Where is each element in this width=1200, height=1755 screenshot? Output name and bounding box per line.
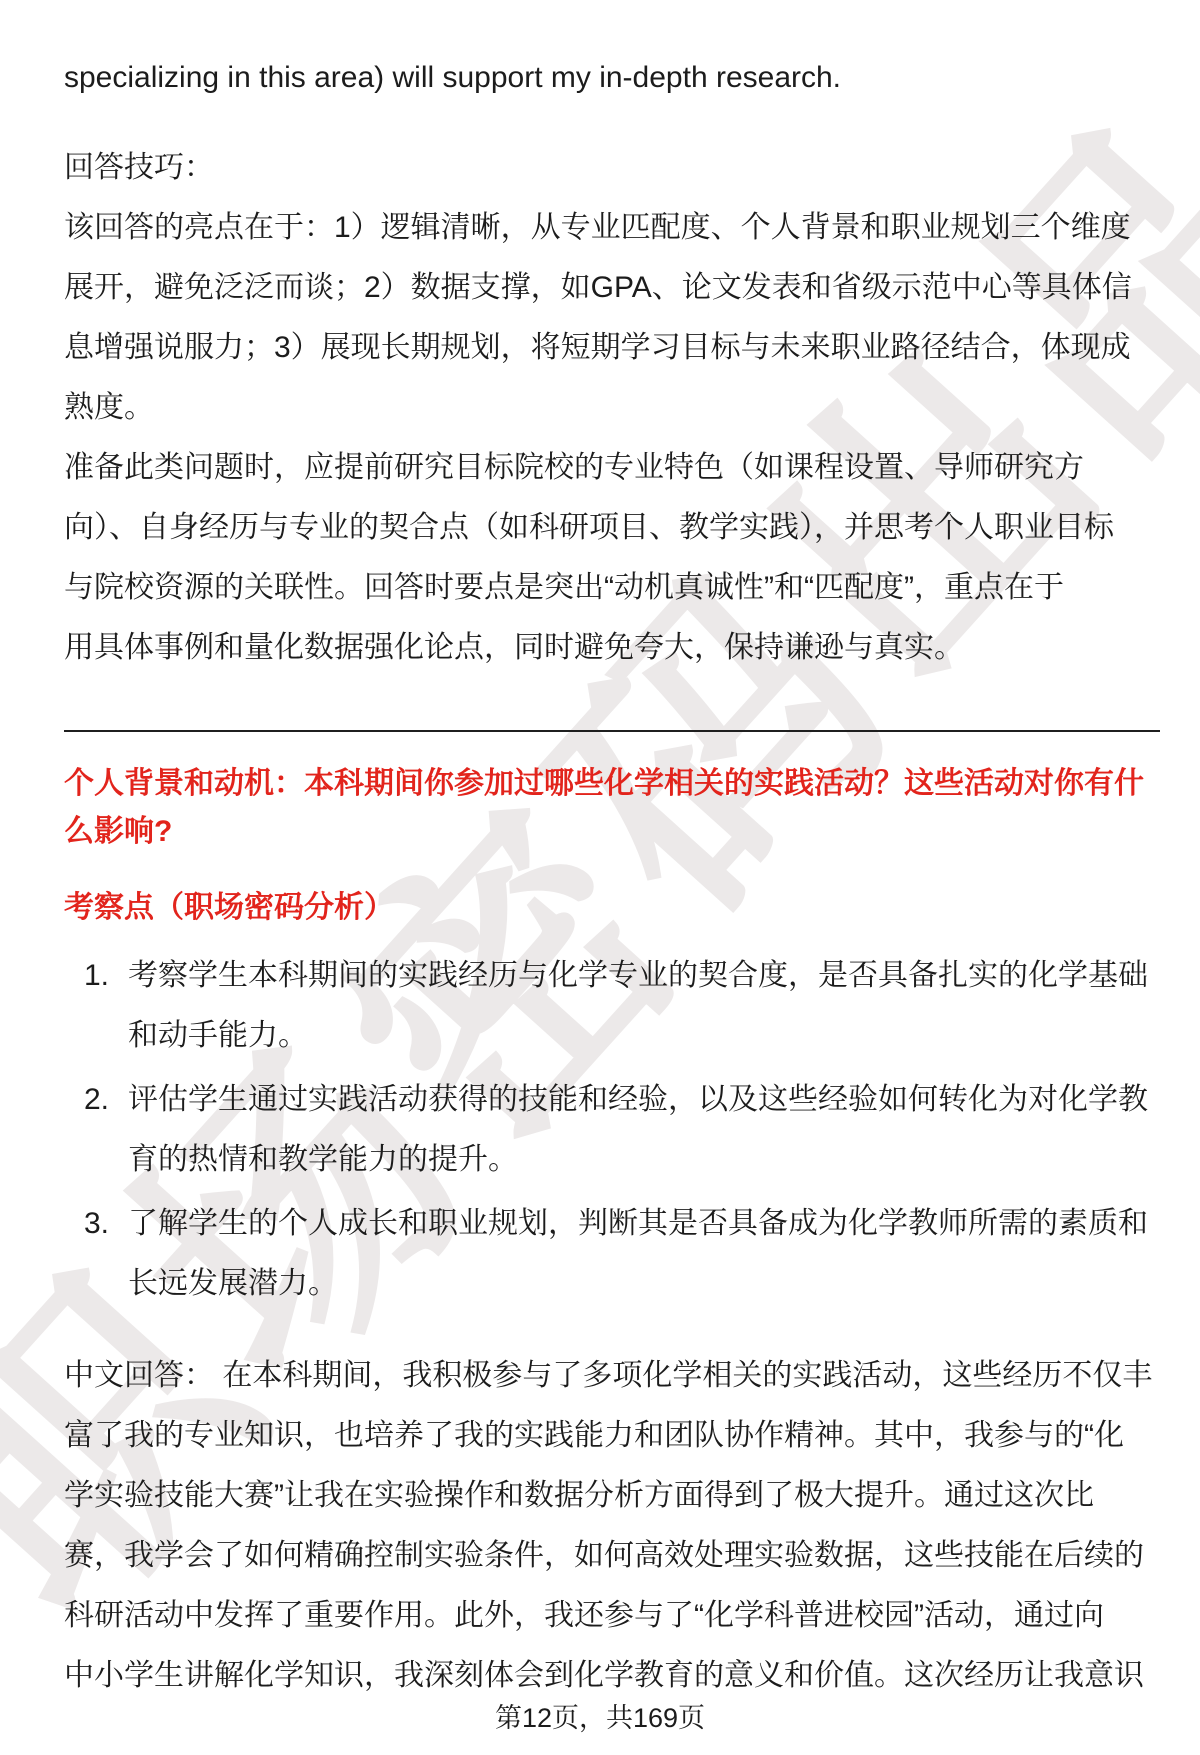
list-item-text: 考察学生本科期间的实践经历与化学专业的契合度，是否具备扎实的化学基础和动手能力。 <box>128 946 1160 1066</box>
text-line: 科研活动中发挥了重要作用。此外，我还参与了“化学科普进校园”活动，通过向 <box>64 1586 1160 1646</box>
answer-tips-paragraph-2: 准备此类问题时，应提前研究目标院校的专业特色（如课程设置、导师研究方向）、自身经… <box>64 438 1160 678</box>
text-line: 考察学生本科期间的实践经历与化学专业的契合度，是否具备扎实的化学基础 <box>128 946 1160 1006</box>
text-line: 个人背景和动机：本科期间你参加过哪些化学相关的实践活动？这些活动对你有什 <box>64 760 1160 808</box>
text-line: 和动手能力。 <box>128 1006 1160 1066</box>
text-line: 熟度。 <box>64 378 1160 438</box>
text-line: 回答技巧： <box>64 138 1160 198</box>
english-paragraph: specializing in this area) will support … <box>64 48 1160 108</box>
analysis-points-heading: 考察点（职场密码分析） <box>64 884 1160 932</box>
list-item: 3. 了解学生的个人成长和职业规划，判断其是否具备成为化学教师所需的素质和长远发… <box>64 1194 1160 1314</box>
question-heading: 个人背景和动机：本科期间你参加过哪些化学相关的实践活动？这些活动对你有什么影响? <box>64 760 1160 856</box>
text-line: 用具体事例和量化数据强化论点，同时避免夸大，保持谦逊与真实。 <box>64 618 1160 678</box>
answer-tips-label: 回答技巧： <box>64 138 1160 198</box>
page-footer: 第12页，共169页 <box>0 1694 1200 1742</box>
text-line: 学实验技能大赛”让我在实验操作和数据分析方面得到了极大提升。通过这次比 <box>64 1466 1160 1526</box>
list-item: 2. 评估学生通过实践活动获得的技能和经验，以及这些经验如何转化为对化学教育的热… <box>64 1070 1160 1190</box>
list-item-number: 1. <box>84 946 109 1006</box>
document-page: 职场密码出品 specializing in this area) will s… <box>0 0 1200 1755</box>
text-line: 考察点（职场密码分析） <box>64 884 1160 932</box>
list-item-text: 了解学生的个人成长和职业规划，判断其是否具备成为化学教师所需的素质和长远发展潜力… <box>128 1194 1160 1314</box>
list-item-number: 2. <box>84 1070 109 1130</box>
section-divider <box>64 730 1160 732</box>
analysis-points-list: 1. 考察学生本科期间的实践经历与化学专业的契合度，是否具备扎实的化学基础和动手… <box>64 946 1160 1314</box>
list-item: 1. 考察学生本科期间的实践经历与化学专业的契合度，是否具备扎实的化学基础和动手… <box>64 946 1160 1066</box>
text-line: 么影响? <box>64 808 1160 856</box>
text-line: 了解学生的个人成长和职业规划，判断其是否具备成为化学教师所需的素质和 <box>128 1194 1160 1254</box>
text-line: 育的热情和教学能力的提升。 <box>128 1130 1160 1190</box>
text-line: 展开，避免泛泛而谈；2）数据支撑，如GPA、论文发表和省级示范中心等具体信 <box>64 258 1160 318</box>
text-line: 与院校资源的关联性。回答时要点是突出“动机真诚性”和“匹配度”，重点在于 <box>64 558 1160 618</box>
text-line: 富了我的专业知识，也培养了我的实践能力和团队协作精神。其中，我参与的“化 <box>64 1406 1160 1466</box>
text-line: 准备此类问题时，应提前研究目标院校的专业特色（如课程设置、导师研究方 <box>64 438 1160 498</box>
text-line: specializing in this area) will support … <box>64 48 1160 108</box>
list-item-text: 评估学生通过实践活动获得的技能和经验，以及这些经验如何转化为对化学教育的热情和教… <box>128 1070 1160 1190</box>
list-item-number: 3. <box>84 1194 109 1254</box>
text-line: 中文回答： 在本科期间，我积极参与了多项化学相关的实践活动，这些经历不仅丰 <box>64 1346 1160 1406</box>
text-line: 长远发展潜力。 <box>128 1254 1160 1314</box>
text-line: 向）、自身经历与专业的契合点（如科研项目、教学实践），并思考个人职业目标 <box>64 498 1160 558</box>
answer-tips-paragraph-1: 该回答的亮点在于：1）逻辑清晰，从专业匹配度、个人背景和职业规划三个维度展开，避… <box>64 198 1160 438</box>
page-content: specializing in this area) will support … <box>64 48 1160 1706</box>
text-line: 评估学生通过实践活动获得的技能和经验，以及这些经验如何转化为对化学教 <box>128 1070 1160 1130</box>
text-line: 该回答的亮点在于：1）逻辑清晰，从专业匹配度、个人背景和职业规划三个维度 <box>64 198 1160 258</box>
text-line: 息增强说服力；3）展现长期规划，将短期学习目标与未来职业路径结合，体现成 <box>64 318 1160 378</box>
text-line: 赛，我学会了如何精确控制实验条件，如何高效处理实验数据，这些技能在后续的 <box>64 1526 1160 1586</box>
chinese-answer-paragraph: 中文回答： 在本科期间，我积极参与了多项化学相关的实践活动，这些经历不仅丰富了我… <box>64 1346 1160 1706</box>
